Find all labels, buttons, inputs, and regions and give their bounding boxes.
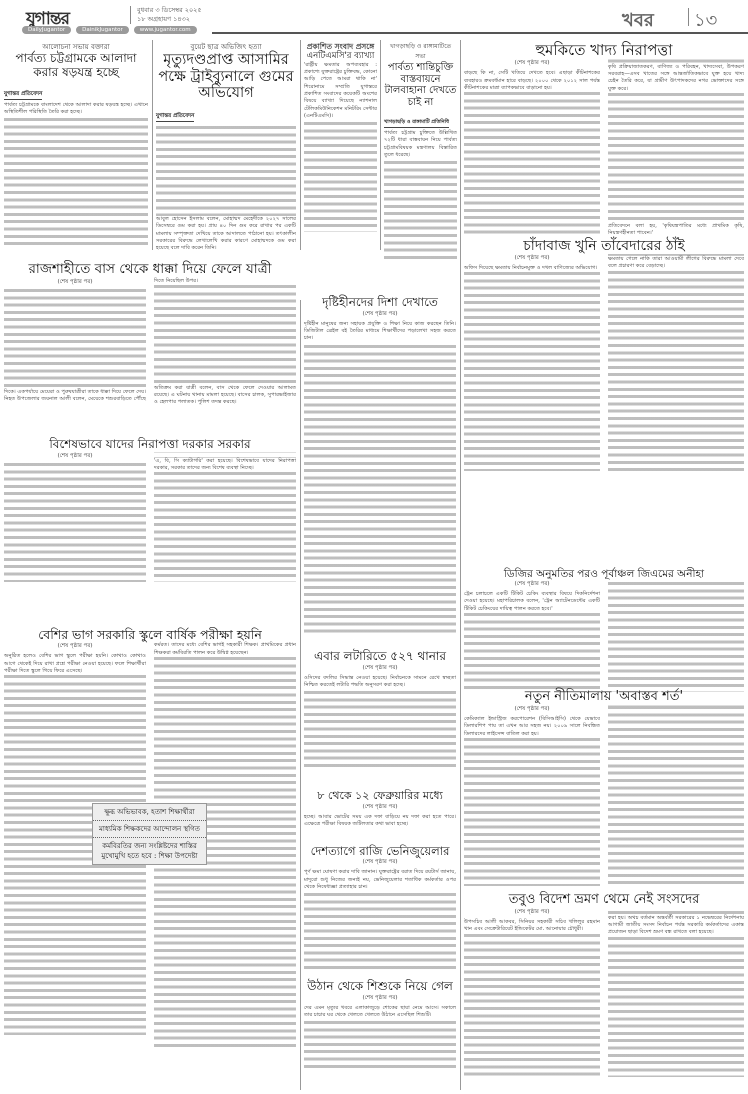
article-body-col2 xyxy=(608,706,744,886)
article-headline[interactable]: বেশির ভাগ সরকারি স্কুলে বার্ষিক পরীক্ষা … xyxy=(4,628,296,642)
article-body: পার্বত্য চট্টগ্রাম চুক্তিতে উল্লিখিত ৭২ট… xyxy=(384,130,457,159)
article-body: 'রাষ্ট্রীয় ক্ষমতার অপব্যবহার : প্রকাশ্য… xyxy=(304,62,377,120)
highlight-item: কর্মবিরতির জন্য সংশ্লিষ্টদের শাস্তির মুখ… xyxy=(93,838,206,864)
logo-divider xyxy=(130,6,131,24)
article-body-continuation xyxy=(608,271,744,471)
article-headline[interactable]: মৃত্যুদণ্ডপ্রাপ্ত আসামির পক্ষে ট্রাইব্যু… xyxy=(156,52,296,102)
social-facebook-link[interactable]: DainikJugantor xyxy=(76,26,129,34)
continued-label: (শেষ পৃষ্ঠার পর) xyxy=(4,453,146,461)
article-child: উঠান থেকে শিশুকে নিয়ে গেল (শেষ পৃষ্ঠার … xyxy=(304,980,456,1071)
date-block: বুধবার ৩ ডিসেম্বর ২০২৫ ১৮ অগ্রহায়ণ ১৪৩২ xyxy=(137,6,202,24)
article-body-continuation xyxy=(154,285,296,385)
column-rule xyxy=(300,300,301,1090)
article-body: পার্বত্য চট্টগ্রামকে বাংলাদেশ থেকে আলাদা… xyxy=(4,102,148,117)
article-headline[interactable]: দেশত্যাগে রাজি ভেনিজুয়েলার xyxy=(304,845,456,858)
highlight-item: ক্ষুব্ধ অভিভাবক, হতাশ শিক্ষার্থীরা xyxy=(93,804,206,821)
article-headline[interactable]: দৃষ্টিহীনদের দিশা দেখাতে xyxy=(304,296,456,310)
article-body-col2 xyxy=(608,582,744,692)
article-kicker: খাগড়াছড়ি ও রাঙ্গামাটিতে সভা xyxy=(384,42,457,62)
column-rule xyxy=(460,40,461,1090)
continued-label: (শেষ পৃষ্ঠার পর) xyxy=(304,995,456,1003)
article-body-continuation xyxy=(384,161,457,261)
continued-label: (শেষ পৃষ্ঠার পর) xyxy=(464,581,600,589)
article-security: বিশেষভাবে যাদের নিরাপত্তা দরকার সরকার (শ… xyxy=(4,438,296,582)
article-policy: নতুন নীতিমালায় 'অবাস্তব শর্ত' (শেষ পৃষ্… xyxy=(464,690,744,886)
article-headline[interactable]: ৮ থেকে ১২ ফেব্রুয়ারির মধ্যে xyxy=(304,790,456,803)
article-blind: দৃষ্টিহীনদের দিশা দেখাতে (শেষ পৃষ্ঠার পর… xyxy=(304,296,456,635)
column-rule xyxy=(300,40,301,250)
article-body-col2: 'এ, বি, সি ক্যাটাগরি' করা হয়েছে। বিশেষভ… xyxy=(154,458,296,473)
article-body-continuation xyxy=(304,893,456,973)
article-body: দৃষ্টিহীন মানুষের জন্য সহায়ক প্রযুক্তি … xyxy=(304,321,456,343)
continued-label: (শেষ পৃষ্ঠার পর) xyxy=(304,665,456,673)
date-bangla: ১৮ অগ্রহায়ণ ১৪৩২ xyxy=(137,15,202,24)
article-lottery: এবার লটারিতে ৫২৭ থানার (শেষ পৃষ্ঠার পর) … xyxy=(304,650,456,771)
continued-label: (শেষ পৃষ্ঠার পর) xyxy=(304,311,456,319)
article-body: অনুষ্ঠিত হলেও বেশির ভাগ স্কুলে পরীক্ষা হ… xyxy=(4,653,146,675)
article-body-col2: কর্মরত। তাদের মধ্যে বেশির ভাগই সহকারী শি… xyxy=(154,642,296,657)
article-body-continuation xyxy=(608,93,744,223)
continued-label: (শেষ পৃষ্ঠার পর) xyxy=(464,909,600,917)
article-tribunal: বুয়েট ছাত্র অভিজিৎ হত্যা মৃত্যুদণ্ডপ্রা… xyxy=(156,42,296,253)
article-body-continuation xyxy=(304,1021,456,1071)
header-rule xyxy=(212,32,748,34)
article-body-continuation xyxy=(608,937,744,1077)
page-number: ১৩ xyxy=(694,6,717,37)
date-gregorian: বুধবার ৩ ডিসেম্বর ২০২৫ xyxy=(137,6,202,15)
article-body: ওসিদের বদলির সিদ্ধান্ত নেওয়া হয়েছে। নি… xyxy=(304,675,456,690)
masthead: যুগান্তর বুধবার ৩ ডিসেম্বর ২০২৫ ১৮ অগ্রহ… xyxy=(0,0,748,34)
article-headline[interactable]: পার্বত্য শান্তিচুক্তি বাস্তবায়নে টালবাহ… xyxy=(384,62,457,108)
article-body: দের এমন মৃত্যুর খবরে এলাকাজুড়ে শোকের ছা… xyxy=(304,1005,456,1020)
column-rule xyxy=(380,40,381,250)
article-body-tail-col2: অতিক্রম করা যাত্রী বলেন, বাস থেকে ফেলে দ… xyxy=(154,385,296,407)
article-mps-travel: তবুও বিদেশ ভ্রমণ থেমে নেই সংসদের (শেষ পৃ… xyxy=(464,893,744,1077)
highlight-item: মাধ্যমিক শিক্ষকদের আন্দোলন স্থগিত xyxy=(93,821,206,838)
continued-label: (শেষ পৃষ্ঠার পর) xyxy=(464,255,600,263)
article-headline[interactable]: তবুও বিদেশ ভ্রমণ থেমে নেই সংসদের xyxy=(464,893,744,908)
continued-label: (শেষ পৃষ্ঠার পর) xyxy=(304,804,456,812)
social-links: DailyJugantor DainikJugantor www.juganto… xyxy=(22,26,197,34)
social-x-link[interactable]: DailyJugantor xyxy=(22,26,71,34)
article-kicker: বুয়েট ছাত্র অভিজিৎ হত্যা xyxy=(156,42,296,52)
article-headline[interactable]: চাঁদাবাজ খুনি তাঁবেদারের ঠাঁই xyxy=(464,238,744,254)
continued-label: (শেষ পৃষ্ঠার পর) xyxy=(464,60,600,68)
article-headline[interactable]: এনটিএমসি'র ব্যাখ্যা xyxy=(304,52,377,62)
article-body-col2: ক্ষমতায় গেলে নাকি তারা আওয়ামী লীগের বি… xyxy=(608,256,744,271)
article-body-continuation xyxy=(304,122,377,232)
section-divider xyxy=(688,8,689,26)
article-headline[interactable]: ডিজির অনুমতির পরও পূর্বাঞ্চল জিএমের অনীহ… xyxy=(464,568,744,580)
article-headline[interactable]: পার্বত্য চট্টগ্রামকে আলাদা করার ষড়যন্ত্… xyxy=(4,52,148,80)
article-body-continuation xyxy=(304,345,456,635)
article-ntmc: প্রকাশিত সংবাদ প্রসঙ্গে এনটিএমসি'র ব্যাখ… xyxy=(304,42,377,232)
article-byline: যুগান্তর প্রতিবেদন xyxy=(156,113,194,122)
article-headline[interactable]: উঠান থেকে শিশুকে নিয়ে গেল xyxy=(304,980,456,994)
section-name: খবর xyxy=(622,6,654,37)
highlights-box: ক্ষুব্ধ অভিভাবক, হতাশ শিক্ষার্থীরা মাধ্য… xyxy=(92,803,207,865)
article-body: অফিস দিয়েছে ক্ষমতায় নির্বাচনমুক্ত ও দখ… xyxy=(464,265,600,272)
article-body xyxy=(156,126,296,216)
article-headline[interactable]: এবার লটারিতে ৫২৭ থানার xyxy=(304,650,456,664)
article-byline: খাগড়াছড়ি ও রাঙ্গামাটি প্রতিনিধি xyxy=(384,119,449,128)
column-rule xyxy=(152,40,153,250)
article-headline[interactable]: নতুন নীতিমালায় 'অবাস্তব শর্ত' xyxy=(464,690,744,705)
article-headline[interactable]: হুমকিতে খাদ্য নিরাপত্তা xyxy=(464,42,744,59)
continued-label: (শেষ পৃষ্ঠার পর) xyxy=(4,643,146,651)
article-body-col2: করা হয়। অথচ বর্তমান অন্তর্বর্তী সরকারের… xyxy=(608,915,744,937)
article-body-continuation xyxy=(154,472,296,582)
article-headline[interactable]: রাজশাহীতে বাস থেকে ধাক্কা দিয়ে ফেলে যাত… xyxy=(4,262,296,278)
continued-label: (শেষ পৃষ্ঠার পর) xyxy=(304,859,456,867)
article-body: হচ্ছে। আবার ভোটের সময় এক দফা বাড়িয়ে ন… xyxy=(304,814,456,829)
article-rajshahi: রাজশাহীতে বাস থেকে ধাক্কা দিয়ে ফেলে যাত… xyxy=(4,262,296,407)
article-food-security: হুমকিতে খাদ্য নিরাপত্তা (শেষ পৃষ্ঠার পর)… xyxy=(464,42,744,238)
article-peace-accord: খাগড়াছড়ি ও রাঙ্গামাটিতে সভা পার্বত্য শ… xyxy=(384,42,457,261)
article-venezuela: দেশত্যাগে রাজি ভেনিজুয়েলার (শেষ পৃষ্ঠার… xyxy=(304,845,456,973)
article-body-col2: কৃষি প্রক্রিয়াজাতকরণ, বাণিজ্য ও পরিবহন,… xyxy=(608,64,744,93)
article-chandabaj: চাঁদাবাজ খুনি তাঁবেদারের ঠাঁই (শেষ পৃষ্ঠ… xyxy=(464,238,744,471)
article-body: উপসচিব আলী আকবর, সিনিয়র সহকারী সচিব খলি… xyxy=(464,919,600,934)
article-body: পূর্ণ ক্ষমা ঘোষণা করার দাবি জানান। যুক্ত… xyxy=(304,869,456,891)
article-dg-permission: ডিজির অনুমতির পরও পূর্বাঞ্চল জিএমের অনীহ… xyxy=(464,568,744,692)
article-byline: যুগান্তর প্রতিবেদন xyxy=(4,91,42,100)
article-body-tail: আবুল হোসেন ইসলাম বলেন, মোহাম্মদ মেহেদীকে… xyxy=(156,216,296,252)
continued-label: (শেষ পৃষ্ঠার পর) xyxy=(464,706,600,714)
article-body: কেমিক্যাল ইন্ডাস্ট্রিজ করপোরেশন (বিসিআইস… xyxy=(464,716,600,738)
article-body-continuation xyxy=(304,691,456,771)
article-body-tail: প্রতিবেদনে বলা হয়, 'কৃষিযন্ত্রপাতির মধ্… xyxy=(608,223,744,238)
continued-label: (শেষ পৃষ্ঠার পর) xyxy=(4,279,146,287)
article-february: ৮ থেকে ১২ ফেব্রুয়ারির মধ্যে (শেষ পৃষ্ঠা… xyxy=(304,790,456,828)
website-link[interactable]: www.jugantor.com xyxy=(134,26,197,34)
article-chittagong: আলোচনা সভায় বক্তারা পার্বত্য চট্টগ্রামক… xyxy=(4,42,148,248)
article-body: বাড়ছে কি না, সেটি খতিয়ে দেখতে হবে। এছা… xyxy=(464,70,600,92)
article-body: ট্রেন চলাচলে একটি টিকিট চেকিং ব্যবস্থার … xyxy=(464,591,600,613)
article-body xyxy=(4,289,146,389)
article-body-continuation xyxy=(4,118,148,248)
article-headline[interactable]: বিশেষভাবে যাদের নিরাপত্তা দরকার সরকার xyxy=(4,438,296,452)
